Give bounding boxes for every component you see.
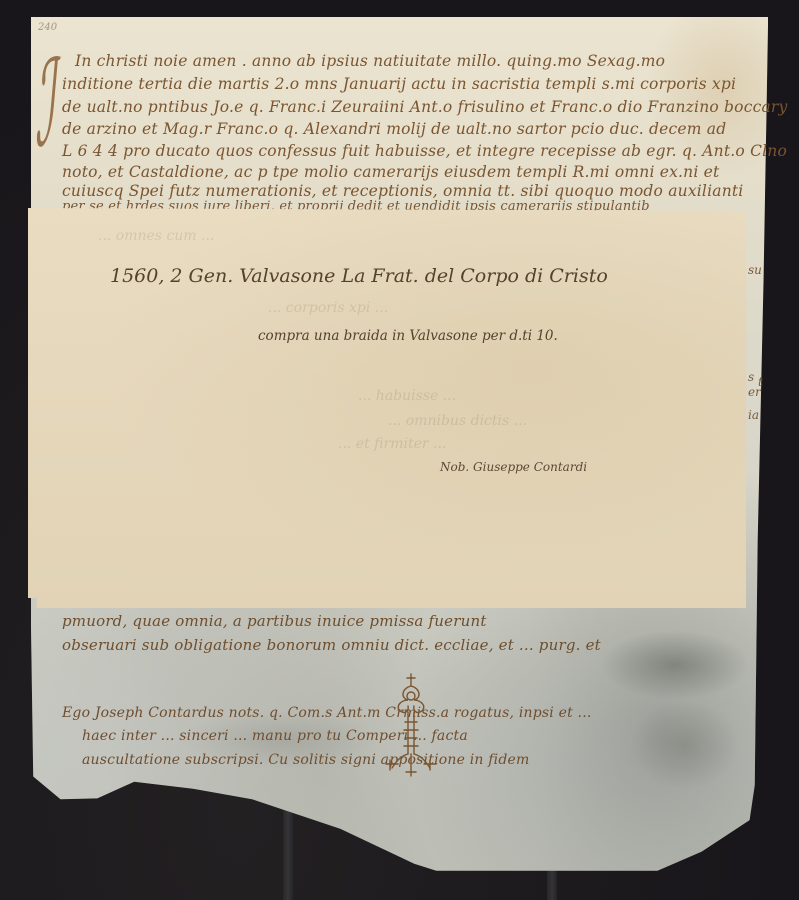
show-through-text: ... corporis xpi ...: [268, 300, 388, 316]
decorated-initial-icon: ℐ: [35, 45, 55, 165]
notary-sign-icon: [378, 672, 444, 784]
edge-fragment: s: [748, 370, 754, 384]
show-through-text: ... omnibus dictis ...: [388, 413, 527, 429]
colophon-line: auscultatione subscripsi. Cu solitis sig…: [82, 752, 529, 768]
show-through-text: ... habuisse ...: [358, 388, 456, 404]
colophon-line: Ego Joseph Contardus nots. q. Com.s Ant.…: [62, 705, 592, 721]
text-line: de ualt.no pntibus Jo.e q. Franc.i Zeura…: [62, 98, 787, 116]
folio-number: 240: [38, 22, 57, 33]
note-description-line: compra una braida in Valvasone per d.ti …: [258, 328, 558, 344]
text-line: noto, et Castaldione, ac p tpe molio cam…: [62, 163, 719, 181]
text-line: obseruari sub obligatione bonorum omniu …: [62, 636, 601, 654]
text-line: de arzino et Mag.r Franc.o q. Alexandri …: [62, 120, 726, 138]
edge-fragment: ia: [748, 408, 759, 422]
note-signature: Nob. Giuseppe Contardi: [440, 460, 587, 474]
show-through-text: ... et firmiter ...: [338, 436, 446, 452]
text-line: inditione tertia die martis 2.o mns Janu…: [62, 75, 736, 93]
edge-fragment: su: [748, 263, 762, 277]
text-line: In christi noie amen . anno ab ipsius na…: [75, 52, 665, 70]
note-title-line: 1560, 2 Gen. Valvasone La Frat. del Corp…: [110, 265, 608, 287]
text-line: cuiuscq Spei futz numerationis, et recep…: [62, 182, 743, 200]
text-line: L 6 4 4 pro ducato quos confessus fuit h…: [62, 142, 787, 160]
attached-paper-note: ... omnes cum ... ... corporis xpi ... .…: [28, 208, 746, 608]
water-stain: [630, 700, 740, 790]
water-stain: [600, 630, 750, 700]
show-through-text: ... omnes cum ...: [98, 228, 214, 244]
edge-fragment: er: [748, 385, 761, 399]
text-line: pmuord, quae omnia, a partibus inuice pm…: [62, 612, 487, 630]
